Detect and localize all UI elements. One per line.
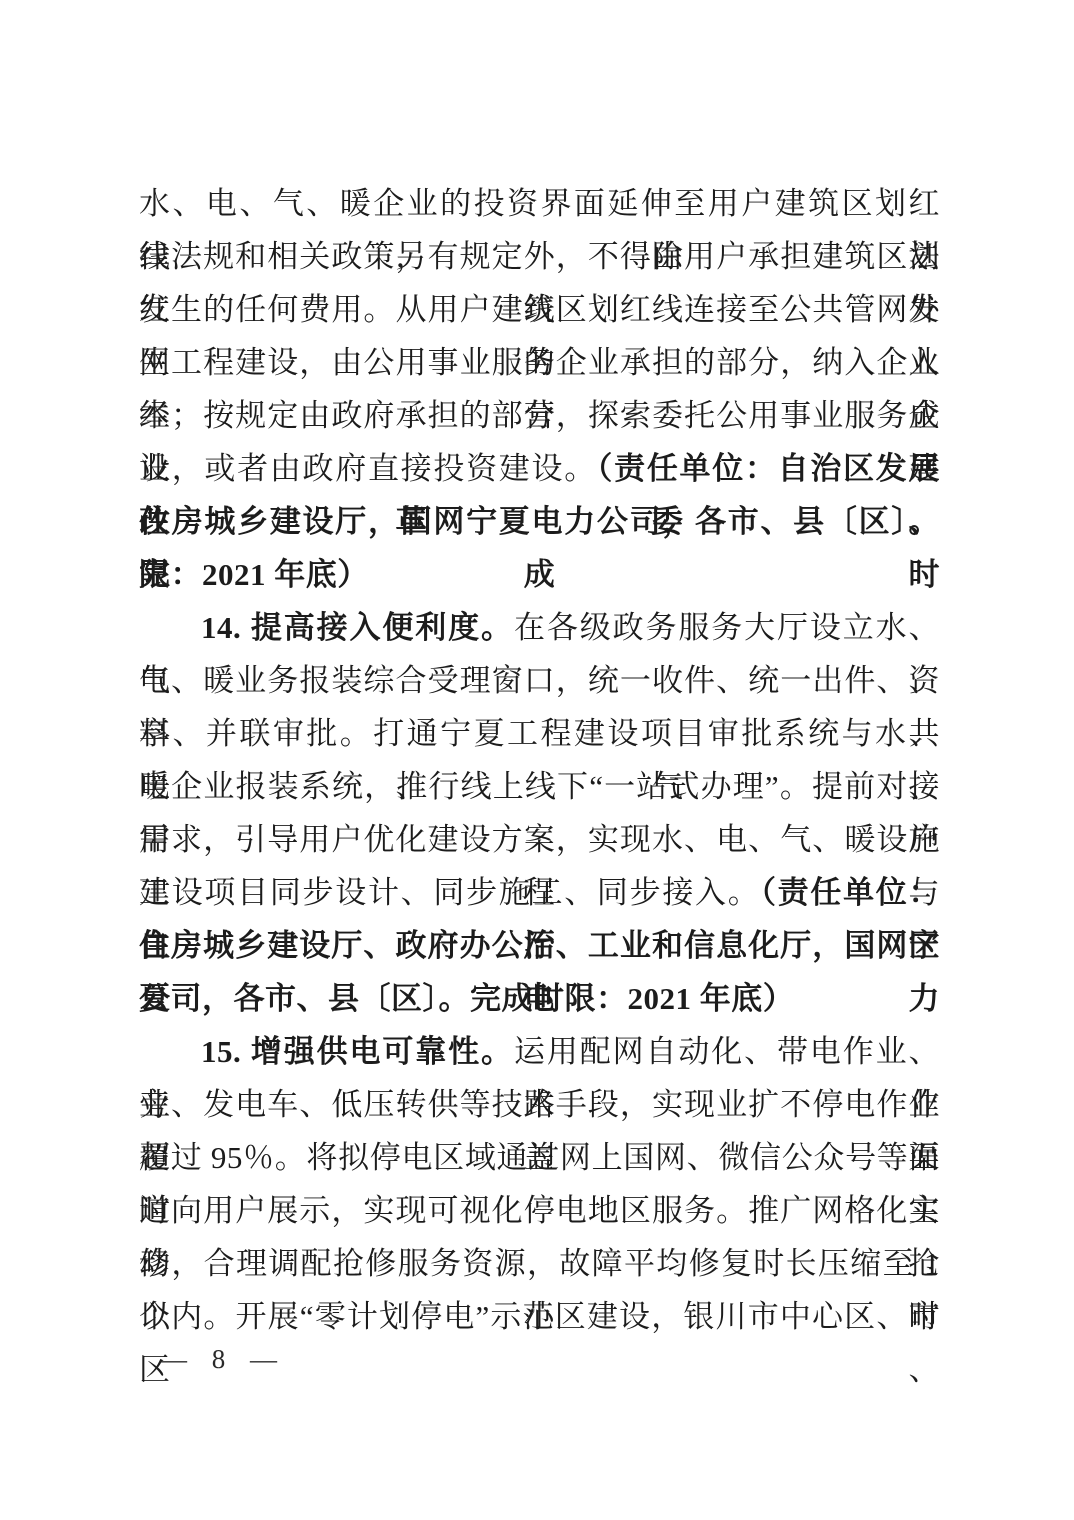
document-page: 水、电、气、暖企业的投资界面延伸至用户建筑区划红线，除法 律法规和相关政策另有规…	[0, 0, 1074, 1520]
responsibility-unit-segment: 公司，各市、县〔区〕。完成时限：2021 年底）	[139, 981, 794, 1016]
text-line: 修，合理调配抢修服务资源，故障平均修复时长压缩至 1 个小时	[139, 1237, 940, 1290]
text-line: 气、暖业务报装综合受理窗口，统一收件、统一出件、资料共	[139, 654, 940, 707]
text-line: 业、发电车、低压转供等技术手段，实现业扩不停电作业覆盖面	[139, 1078, 940, 1131]
body-text: 水、电、气、暖企业的投资界面延伸至用户建筑区划红线，除法 律法规和相关政策另有规…	[139, 177, 940, 1343]
text-segment: 建设项目同步设计、同步施工、同步接入。	[139, 875, 760, 910]
page-number: — 8 —	[160, 1342, 278, 1376]
item-15-heading: 15. 增强供电可靠性。	[201, 1034, 514, 1069]
text-line: 时向用户展示，实现可视化停电地区服务。推广网格化主动抢	[139, 1184, 940, 1237]
text-line: 暖企业报装系统，推行线上线下“一站式办理”。提前对接用户	[139, 760, 940, 813]
text-line: 水、电、气、暖企业的投资界面延伸至用户建筑区划红线，除法	[139, 177, 940, 230]
responsibility-unit-segment: 限：2021 年底）	[139, 557, 369, 592]
item-14-heading: 14. 提高接入便利度。	[201, 610, 514, 645]
text-line-item-14: 14. 提高接入便利度。在各级政务服务大厅设立水、电、	[139, 601, 940, 654]
text-line: 以内。开展“零计划停电”示范区建设，银川市中心区、市区、	[139, 1290, 940, 1343]
text-line: 发生的任何费用。从用户建筑区划红线连接至公共管网发生的入	[139, 283, 940, 336]
text-line: 需求，引导用户优化建设方案，实现水、电、气、暖设施工程与	[139, 813, 940, 866]
text-line: 住房城乡建设厅、政府办公厅、工业和信息化厅，国网宁夏电力	[139, 919, 940, 972]
text-line: 律法规和相关政策另有规定外，不得由用户承担建筑区划红线外	[139, 230, 940, 283]
text-line: 享、并联审批。打通宁夏工程建设项目审批系统与水、电、气、	[139, 707, 940, 760]
text-line: 本；按规定由政府承担的部分，探索委托公用事业服务企业建	[139, 389, 940, 442]
text-line: 设，或者由政府直接投资建设。（责任单位：自治区发展改革委、	[139, 442, 940, 495]
text-line: 住房城乡建设厅，国网宁夏电力公司，各市、县〔区〕。完成时	[139, 495, 940, 548]
text-line-item-15: 15. 增强供电可靠性。运用配网自动化、带电作业、旁路作	[139, 1025, 940, 1078]
text-line: 网工程建设，由公用事业服务企业承担的部分，纳入企业经营成	[139, 336, 940, 389]
text-line: 建设项目同步设计、同步施工、同步接入。（责任单位：自治区	[139, 866, 940, 919]
text-line: 超过 95％。将拟停电区域通过网上国网、微信公众号等渠道实	[139, 1131, 940, 1184]
text-segment: 设，或者由政府直接投资建设。	[139, 451, 597, 486]
